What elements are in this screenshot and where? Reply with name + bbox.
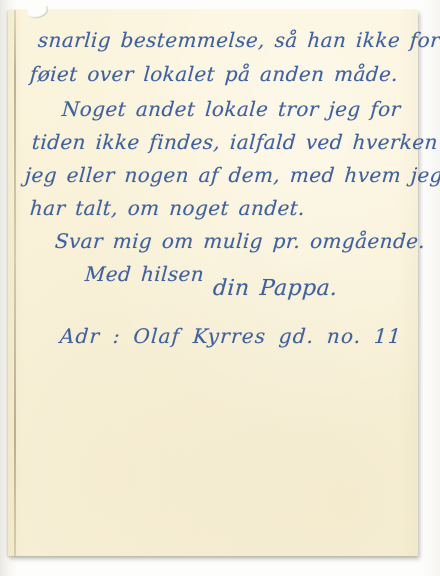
letter-address: Adr : Olaf Kyrres gd. no. 11 [59, 324, 403, 348]
letter-line: tiden ikke findes, ialfald ved hverken [31, 130, 439, 154]
letter-line: Svar mig om mulig pr. omgående. [54, 229, 426, 253]
letter-closing: Med hilsen [84, 262, 205, 286]
letter-line: Noget andet lokale tror jeg for [61, 97, 401, 121]
letter-paper: snarlig bestemmelse, så han ikke for - f… [8, 10, 418, 556]
paper-tear [27, 6, 48, 19]
fold-crease [14, 10, 16, 556]
letter-line: føiet over lokalet på anden måde. [29, 62, 399, 86]
letter-line: har talt, om noget andet. [29, 196, 306, 220]
letter-line: jeg eller nogen af dem, med hvem jeg [24, 163, 440, 187]
letter-signature: din Pappa. [212, 276, 338, 301]
letter-line: snarlig bestemmelse, så han ikke for - [37, 28, 440, 52]
scanned-letter: snarlig bestemmelse, så han ikke for - f… [0, 0, 440, 576]
